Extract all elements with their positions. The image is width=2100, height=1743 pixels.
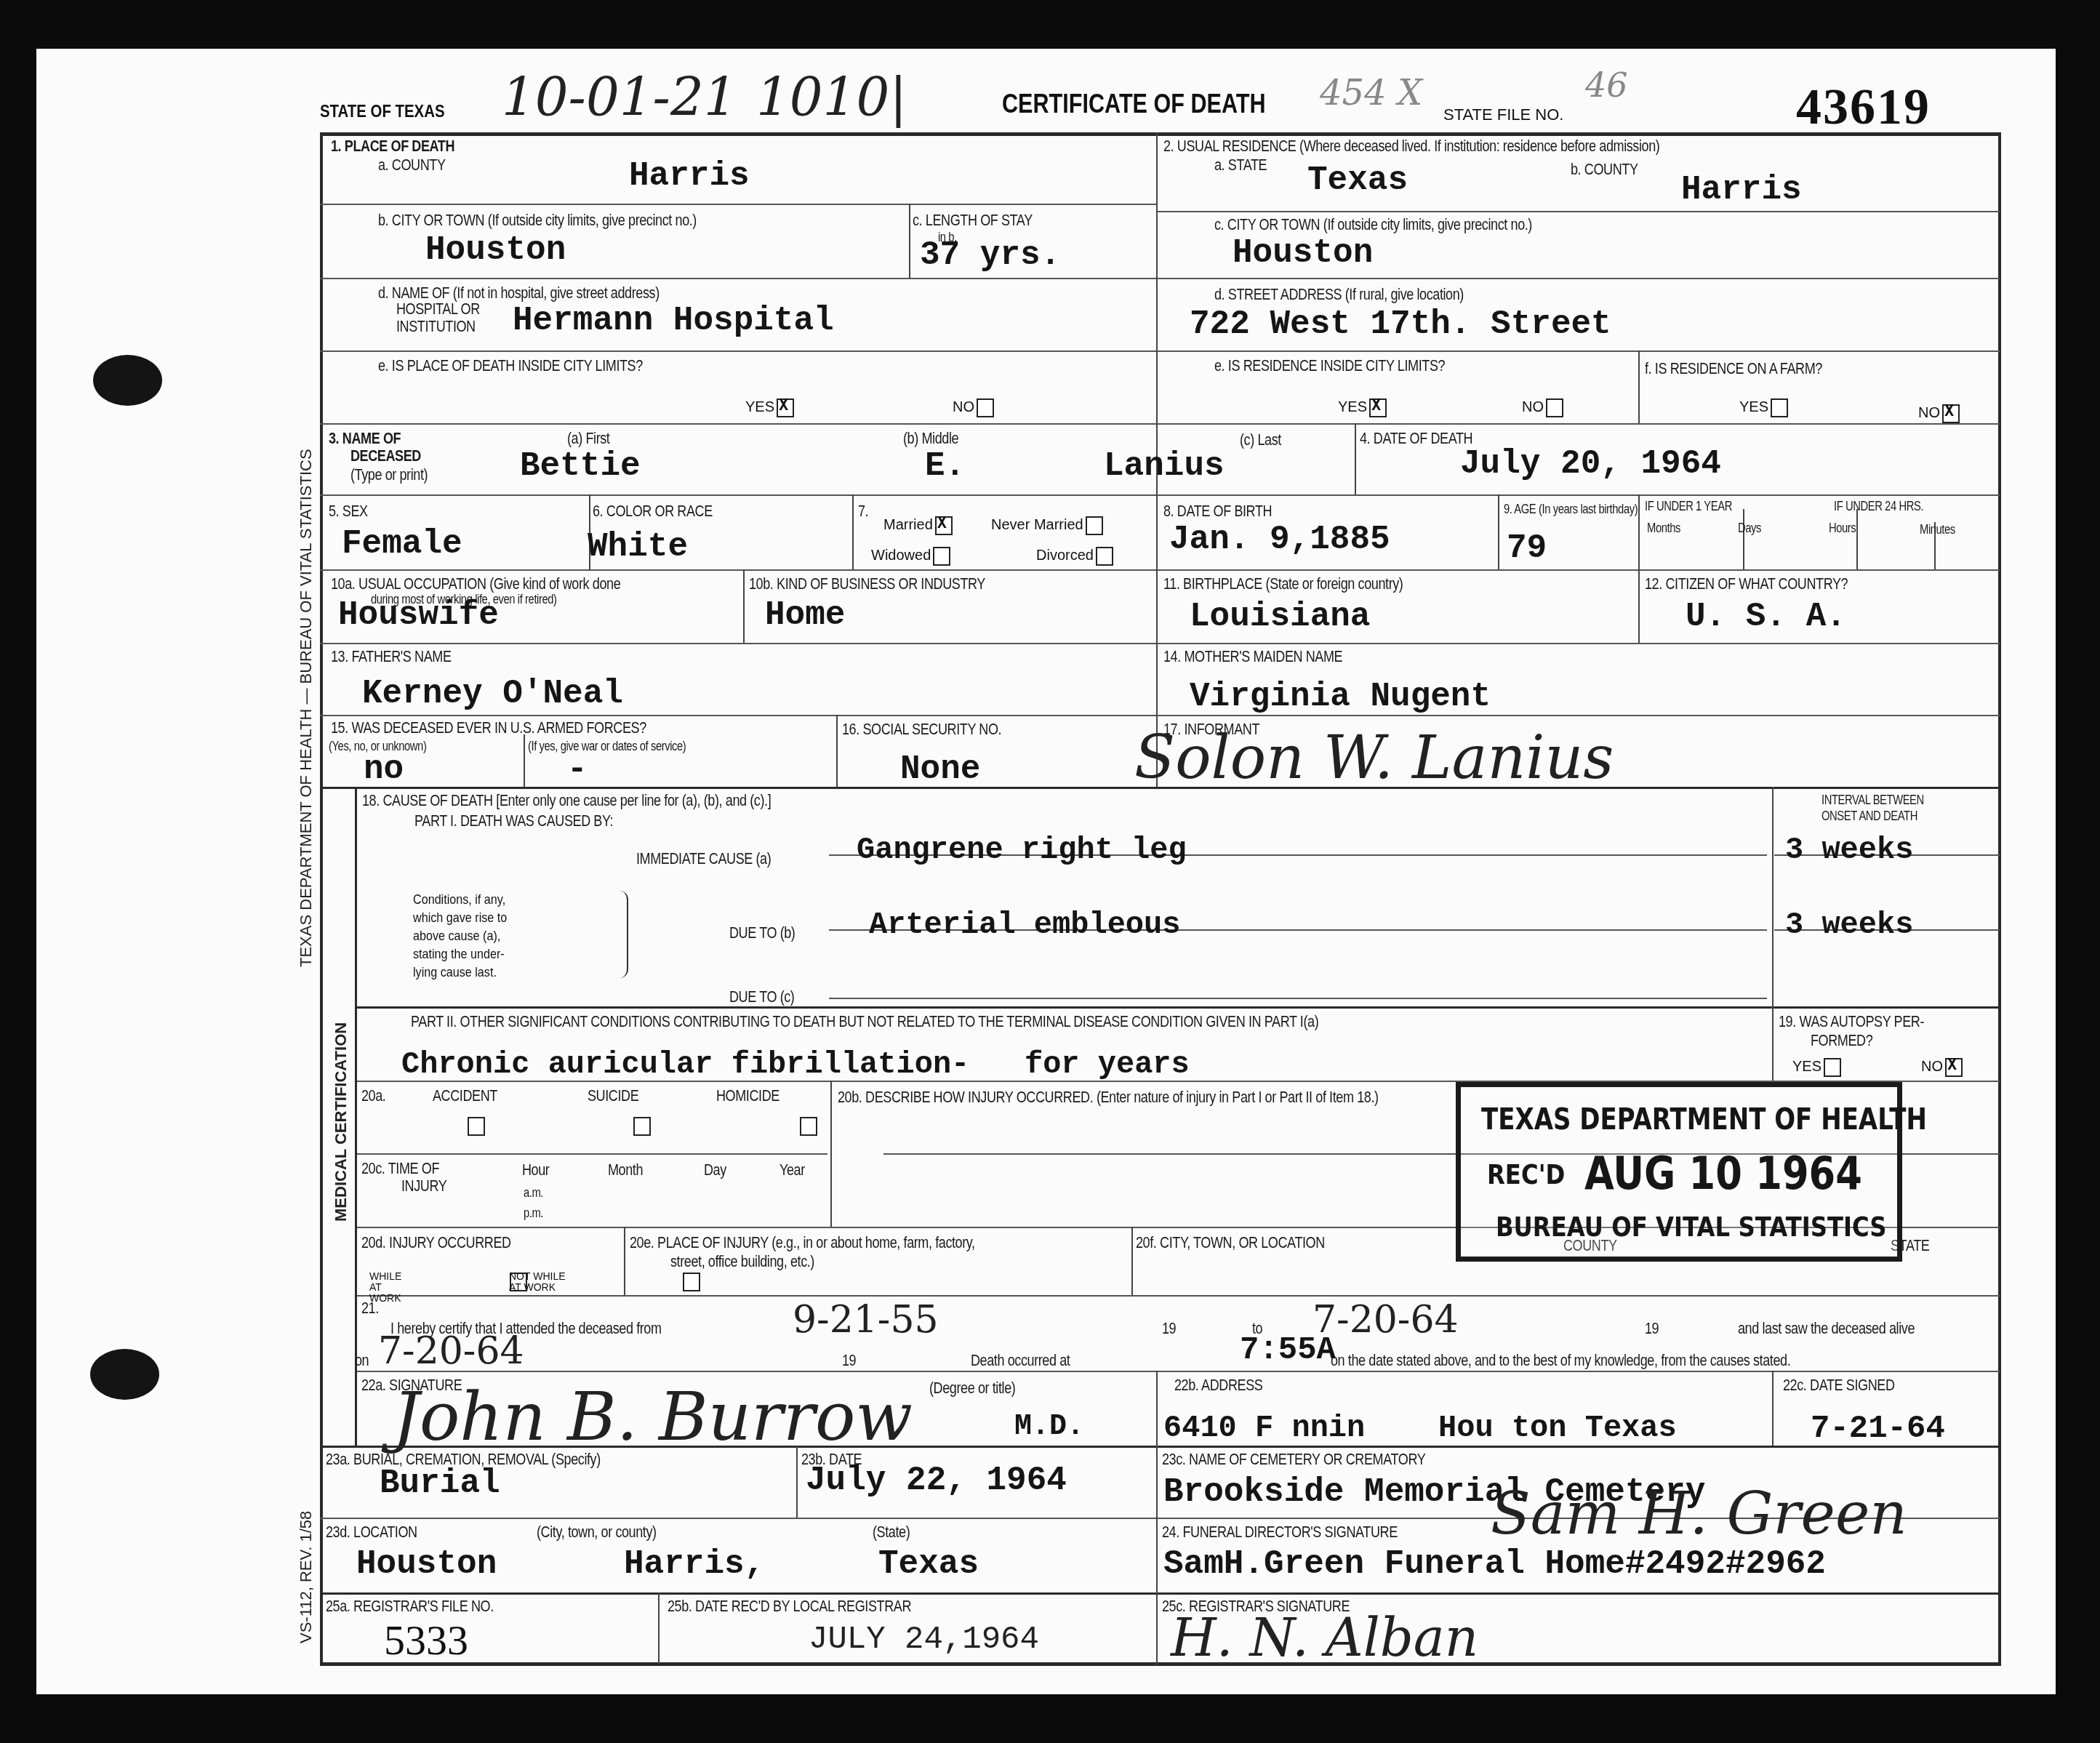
res-inside-limits-yes[interactable]: YES (1338, 398, 1387, 417)
under-1-year-label: IF UNDER 1 YEAR (1645, 499, 1732, 514)
last-name-label: (c) Last (1240, 430, 1281, 449)
checkbox-checked[interactable] (1945, 1058, 1963, 1077)
minutes-label: Minutes (1920, 522, 1955, 537)
farm-label: f. IS RESIDENCE ON A FARM? (1645, 359, 1822, 378)
name-label-2: DECEASED (350, 446, 421, 465)
inside-city-limits-label: e. IS PLACE OF DEATH INSIDE CITY LIMITS? (378, 356, 643, 375)
city-label: b. CITY OR TOWN (If outside city limits,… (378, 211, 697, 230)
farm-no[interactable]: NO (1918, 404, 1960, 423)
death-inside-limits-no[interactable]: NO (953, 398, 994, 417)
hospital-label-3: INSTITUTION (396, 317, 476, 336)
state-of-texas: STATE OF TEXAS (320, 102, 445, 122)
handwritten-code-2: 1010| (756, 67, 907, 128)
interval-label-1: INTERVAL BETWEEN (1822, 793, 1924, 808)
brace (620, 891, 628, 978)
due-to-b-field[interactable]: Arterial embleous (869, 907, 1180, 942)
armed-forces-label: 15. WAS DECEASED EVER IN U.S. ARMED FORC… (331, 718, 646, 737)
checkbox-empty[interactable] (1096, 547, 1113, 566)
business-label: 10b. KIND OF BUSINESS OR INDUSTRY (749, 574, 985, 593)
received-stamp: TEXAS DEPARTMENT OF HEALTH REC'D AUG 10 … (1456, 1082, 1902, 1262)
ssn-label: 16. SOCIAL SECURITY NO. (842, 720, 1001, 739)
hospital-label-2: HOSPITAL OR (396, 300, 480, 318)
race-field[interactable]: White (588, 528, 688, 566)
occupation-field[interactable]: Houswife (338, 596, 499, 634)
under-24-hrs-label: IF UNDER 24 HRS. (1834, 499, 1923, 514)
physician-address-label: 22b. ADDRESS (1174, 1376, 1262, 1395)
autopsy-label-2: FORMED? (1811, 1031, 1872, 1050)
due-to-c-label: DUE TO (c) (729, 987, 794, 1006)
date-signed-label: 22c. DATE SIGNED (1783, 1376, 1895, 1395)
marital-label: 7. (858, 502, 868, 521)
interval-label-2: ONSET AND DEATH (1822, 809, 1917, 824)
marital-divorced[interactable]: Divorced (1036, 547, 1113, 566)
checkbox-empty[interactable] (1086, 516, 1103, 535)
date-of-death-field[interactable]: July 20, 1964 (1460, 445, 1721, 483)
length-of-stay-label: c. LENGTH OF STAY (913, 211, 1033, 230)
name-label-1: 3. NAME OF (329, 429, 401, 448)
cemetery-label: 23c. NAME OF CEMETERY OR CREMATORY (1162, 1450, 1425, 1469)
homicide-checkbox[interactable] (800, 1117, 817, 1136)
last-saw-text: and last saw the deceased alive (1738, 1319, 1915, 1338)
middle-name-label: (b) Middle (903, 429, 958, 448)
armed-sub-label-2: (If yes, give war or dates of service) (528, 739, 686, 754)
informant-signature: Solon W. Lanius (1134, 724, 1614, 793)
checkbox-empty[interactable] (933, 547, 950, 566)
accident-checkbox[interactable] (468, 1117, 485, 1136)
registrar-file-label: 25a. REGISTRAR'S FILE NO. (326, 1597, 494, 1616)
length-of-stay-field[interactable]: 37 yrs. (920, 236, 1060, 274)
conditions-note: Conditions, if any, which gave rise to a… (413, 891, 507, 982)
checkbox-empty[interactable] (1546, 398, 1563, 417)
citizen-label: 12. CITIZEN OF WHAT COUNTRY? (1645, 574, 1848, 593)
form-right-border (1998, 132, 2001, 1664)
hours-label: Hours (1829, 521, 1856, 536)
form-bottom-border (320, 1662, 2001, 1666)
punch-hole-top (93, 355, 162, 406)
part1-label: PART I. DEATH WAS CAUSED BY: (414, 812, 613, 830)
dob-label: 8. DATE OF BIRTH (1163, 502, 1272, 521)
dob-field[interactable]: Jan. 9,1885 (1169, 521, 1390, 558)
location-state-label: (State) (873, 1523, 910, 1542)
handwritten-code-3: 454 X (1320, 73, 1422, 113)
location-city-label: (City, town, or county) (537, 1523, 657, 1542)
injury-city-label: 20f. CITY, TOWN, OR LOCATION (1136, 1233, 1325, 1252)
injury-occurred-label: 20d. INJURY OCCURRED (361, 1233, 511, 1252)
autopsy-label-1: 19. WAS AUTOPSY PER- (1779, 1012, 1924, 1031)
race-label: 6. COLOR OR RACE (593, 502, 713, 521)
handwritten-code-1: 10-01-21 (502, 67, 737, 128)
date-of-death-label: 4. DATE OF DEATH (1360, 429, 1472, 448)
form-left-border (320, 132, 323, 1664)
time-of-injury-label-2: INJURY (401, 1177, 446, 1195)
birthplace-label: 11. BIRTHPLACE (State or foreign country… (1163, 574, 1403, 593)
place-of-injury-label-1: 20e. PLACE OF INJURY (e.g., in or about … (630, 1233, 975, 1252)
age-field[interactable]: 79 (1507, 529, 1547, 567)
res-county-field[interactable]: Harris (1681, 171, 1802, 209)
checkbox-empty[interactable] (1771, 398, 1788, 417)
autopsy-yes[interactable]: YES (1792, 1058, 1841, 1077)
handwritten-code-4: 46 (1585, 65, 1628, 105)
funeral-director-label: 24. FUNERAL DIRECTOR'S SIGNATURE (1162, 1523, 1398, 1542)
not-while-at-work-label: NOT WHILE AT WORK (509, 1271, 571, 1293)
res-inside-limits-label: e. IS RESIDENCE INSIDE CITY LIMITS? (1214, 356, 1445, 375)
cause-of-death-label: 18. CAUSE OF DEATH [Enter only one cause… (362, 791, 771, 810)
pm-label: p.m. (524, 1206, 543, 1221)
location-city-field[interactable]: Houston (356, 1545, 497, 1583)
degree-field[interactable]: M.D. (1014, 1411, 1084, 1443)
death-city-field[interactable]: Houston (425, 231, 566, 269)
death-time-field[interactable]: 7:55A (1240, 1332, 1336, 1369)
hospital-field[interactable]: Hermann Hospital (513, 302, 834, 340)
describe-injury-label: 20b. DESCRIBE HOW INJURY OCCURRED. (Ente… (838, 1088, 1379, 1107)
checkbox-checked[interactable] (1942, 404, 1960, 423)
day-label: Day (704, 1161, 726, 1179)
checkbox-checked[interactable] (777, 398, 794, 417)
form-top-border (320, 132, 2001, 136)
due-to-b-label: DUE TO (b) (729, 923, 795, 942)
physician-signature: John B. Burrow (393, 1378, 913, 1456)
year-label: Year (780, 1161, 805, 1179)
res-state-label: a. STATE (1214, 156, 1267, 175)
autopsy-no[interactable]: NO (1921, 1058, 1963, 1077)
text-19-b: 19 (1645, 1319, 1659, 1338)
usual-residence-label: 2. USUAL RESIDENCE (Where deceased lived… (1163, 137, 1659, 156)
due-to-b-interval-field[interactable]: 3 weeks (1785, 907, 1913, 942)
father-field[interactable]: Kerney O'Neal (362, 675, 623, 713)
marital-widowed[interactable]: Widowed (871, 547, 950, 566)
death-inside-limits-yes[interactable]: YES (745, 398, 794, 417)
certification-item-label: 21. (361, 1299, 379, 1318)
time-of-injury-label-1: 20c. TIME OF (361, 1159, 439, 1178)
certificate-title: CERTIFICATE OF DEATH (1002, 89, 1266, 119)
last-name-field[interactable]: Lanius (1104, 447, 1225, 485)
res-street-label: d. STREET ADDRESS (If rural, give locati… (1214, 285, 1464, 304)
mother-field[interactable]: Virginia Nugent (1190, 678, 1491, 716)
burial-date-field[interactable]: July 22, 1964 (806, 1462, 1067, 1499)
res-state-field[interactable]: Texas (1307, 161, 1408, 199)
immediate-cause-label: IMMEDIATE CAUSE (a) (636, 849, 771, 868)
checkbox-empty[interactable] (1824, 1058, 1841, 1077)
place-of-injury-label-2: street, office building, etc.) (670, 1252, 814, 1271)
months-label: Months (1647, 521, 1680, 536)
name-label-3: (Type or print) (350, 465, 428, 484)
certify-end-text: on the date stated above, and to the bes… (1331, 1351, 1790, 1370)
date-recd-label: 25b. DATE REC'D BY LOCAL REGISTRAR (668, 1597, 911, 1616)
funeral-home-field[interactable]: SamH.Green Funeral Home#2492#2962 (1163, 1545, 1826, 1583)
injury-20a-label: 20a. (361, 1086, 385, 1105)
punch-hole-bottom (90, 1349, 159, 1400)
degree-label: (Degree or title) (929, 1379, 1015, 1398)
disposition-field[interactable]: Burial (380, 1464, 500, 1502)
state-file-number: 43619 (1796, 79, 1931, 137)
homicide-label: HOMICIDE (716, 1086, 780, 1105)
accident-label: ACCIDENT (433, 1086, 497, 1105)
ssn-field[interactable]: None (900, 750, 980, 788)
location-state-field[interactable]: Texas (878, 1545, 979, 1583)
date-signed-field[interactable]: 7-21-64 (1811, 1411, 1945, 1447)
county-label: a. COUNTY (378, 156, 446, 175)
part2-field[interactable]: Chronic auricular fibrillation- for year… (401, 1047, 1190, 1082)
not-while-at-work-checkbox[interactable] (683, 1273, 700, 1291)
death-occurred-text: Death occurred at (971, 1351, 1070, 1370)
marital-married[interactable]: Married (883, 516, 953, 535)
first-name-field[interactable]: Bettie (520, 447, 641, 485)
res-city-label: c. CITY OR TOWN (If outside city limits,… (1214, 215, 1532, 234)
date-recd-field[interactable]: JULY 24,1964 (809, 1622, 1039, 1658)
first-name-label: (a) First (567, 429, 609, 448)
father-label: 13. FATHER'S NAME (331, 647, 452, 666)
registrar-file-field[interactable]: 5333 (384, 1616, 468, 1664)
form-number: VS-112, REV. 1/58 (297, 1511, 316, 1643)
farm-yes[interactable]: YES (1739, 398, 1788, 417)
text-19-c: 19 (842, 1351, 856, 1370)
immediate-interval-field[interactable]: 3 weeks (1785, 833, 1913, 868)
citizen-field[interactable]: U. S. A. (1686, 598, 1846, 636)
suicide-checkbox[interactable] (633, 1117, 651, 1136)
days-label: Days (1738, 521, 1761, 536)
death-county-field[interactable]: Harris (629, 157, 750, 195)
sex-field[interactable]: Female (342, 525, 462, 563)
text-19-a: 19 (1162, 1319, 1176, 1338)
mother-label: 14. MOTHER'S MAIDEN NAME (1163, 647, 1342, 666)
res-county-label: b. COUNTY (1571, 160, 1638, 179)
birthplace-field[interactable]: Louisiana (1190, 598, 1370, 636)
place-of-death-label: 1. PLACE OF DEATH (331, 137, 454, 156)
res-street-field[interactable]: 722 West 17th. Street (1190, 305, 1611, 343)
armed-forces-field[interactable]: no (364, 750, 404, 788)
side-department-text: TEXAS DEPARTMENT OF HEALTH — BUREAU OF V… (297, 449, 316, 967)
marital-never-married[interactable]: Never Married (991, 516, 1103, 535)
checkbox-empty[interactable] (977, 398, 994, 417)
side-medical-certification: MEDICAL CERTIFICATION (332, 1022, 350, 1222)
registrar-signature: H. N. Alban (1171, 1607, 1478, 1668)
occupation-label: 10a. USUAL OCCUPATION (Give kind of work… (331, 574, 620, 593)
am-label: a.m. (524, 1185, 543, 1201)
burial-location-label: 23d. LOCATION (326, 1523, 417, 1542)
physician-address-field[interactable]: 6410 F nnin Hou ton Texas (1163, 1411, 1677, 1446)
suicide-label: SUICIDE (588, 1086, 638, 1105)
part2-label: PART II. OTHER SIGNIFICANT CONDITIONS CO… (411, 1012, 1318, 1031)
business-field[interactable]: Home (765, 596, 845, 634)
middle-name-field[interactable]: E. (925, 447, 965, 485)
res-city-field[interactable]: Houston (1233, 234, 1373, 272)
checkbox-checked[interactable] (1369, 398, 1387, 417)
location-county-field[interactable]: Harris, (624, 1545, 764, 1583)
funeral-director-signature: Sam H. Green (1491, 1480, 1907, 1547)
attended-from-field[interactable]: 9-21-55 (793, 1298, 939, 1342)
res-inside-limits-no[interactable]: NO (1522, 398, 1563, 417)
month-label: Month (608, 1161, 643, 1179)
last-seen-date-field[interactable]: 7-20-64 (378, 1329, 524, 1373)
sex-label: 5. SEX (329, 502, 368, 521)
armed-service-field[interactable]: - (567, 750, 588, 788)
state-file-label: STATE FILE NO. (1443, 105, 1563, 124)
text-on: on (355, 1351, 369, 1370)
immediate-cause-field[interactable]: Gangrene right leg (857, 833, 1187, 868)
hour-label: Hour (522, 1161, 549, 1179)
checkbox-checked[interactable] (935, 516, 953, 535)
age-label: 9. AGE (In years last birthday) (1504, 502, 1638, 517)
